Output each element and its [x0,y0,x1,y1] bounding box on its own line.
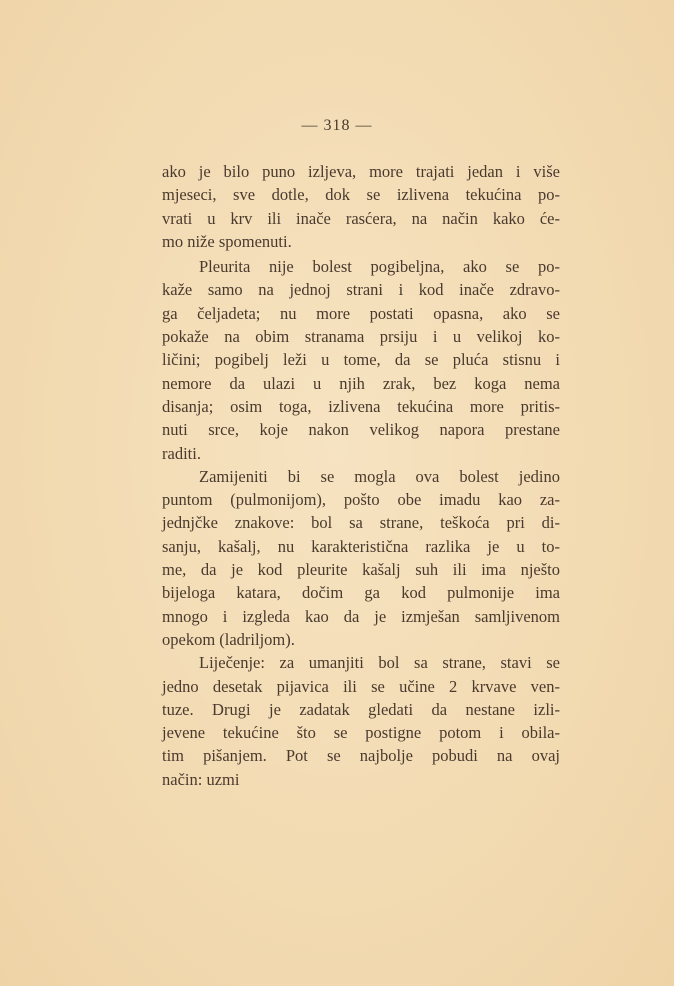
text-line: me, da je kod pleurite kašalj suh ili im… [162,558,560,581]
text-line: tuze. Drugi je zadatak gledati da nestan… [162,698,560,721]
text-line: ličini; pogibelj leži u tome, da se pluć… [162,348,560,371]
text-line: način: uzmi [162,768,560,791]
text-line: jedno desetak pijavica ili se učine 2 kr… [162,675,560,698]
text-line: puntom (pulmonijom), pošto obe imadu kao… [162,488,560,511]
paragraph-1: ako je bilo puno izljeva, more trajati j… [162,160,560,253]
text-line: bijeloga katara, dočim ga kod pulmonije … [162,581,560,604]
text-line: jevene tekućine što se postigne potom i … [162,721,560,744]
text-line: Liječenje: za umanjiti bol sa strane, st… [162,651,560,674]
paragraph-2: Pleurita nije bolest pogibeljna, ako se … [162,255,560,465]
body-text: ako je bilo puno izljeva, more trajati j… [162,160,560,791]
text-line: vrati u krv ili inače rasćera, na način … [162,207,560,230]
text-line: opekom (ladriljom). [162,628,560,651]
text-line: tim pišanjem. Pot se najbolje pobudi na … [162,744,560,767]
paragraph-4: Liječenje: za umanjiti bol sa strane, st… [162,651,560,791]
text-line: ako je bilo puno izljeva, more trajati j… [162,160,560,183]
text-line: kaže samo na jednoj strani i kod inače z… [162,278,560,301]
page-number: — 318 — [0,117,674,135]
text-line: sanju, kašalj, nu karakteristična razlik… [162,535,560,558]
text-line: raditi. [162,442,560,465]
text-line: mnogo i izgleda kao da je izmješan samlj… [162,605,560,628]
text-line: pokaže na obim stranama prsiju i u velik… [162,325,560,348]
text-line: Pleurita nije bolest pogibeljna, ako se … [162,255,560,278]
text-line: mjeseci, sve dotle, dok se izlivena teku… [162,183,560,206]
text-line: mo niže spomenuti. [162,230,560,253]
text-line: ga čeljadeta; nu more postati opasna, ak… [162,302,560,325]
paragraph-3: Zamijeniti bi se mogla ova bolest jedino… [162,465,560,651]
text-line: disanja; osim toga, izlivena tekućina mo… [162,395,560,418]
text-line: nuti srce, koje nakon velikog napora pre… [162,418,560,441]
text-line: jednjčke znakove: bol sa strane, teškoća… [162,511,560,534]
text-line: Zamijeniti bi se mogla ova bolest jedino [162,465,560,488]
text-line: nemore da ulazi u njih zrak, bez koga ne… [162,372,560,395]
